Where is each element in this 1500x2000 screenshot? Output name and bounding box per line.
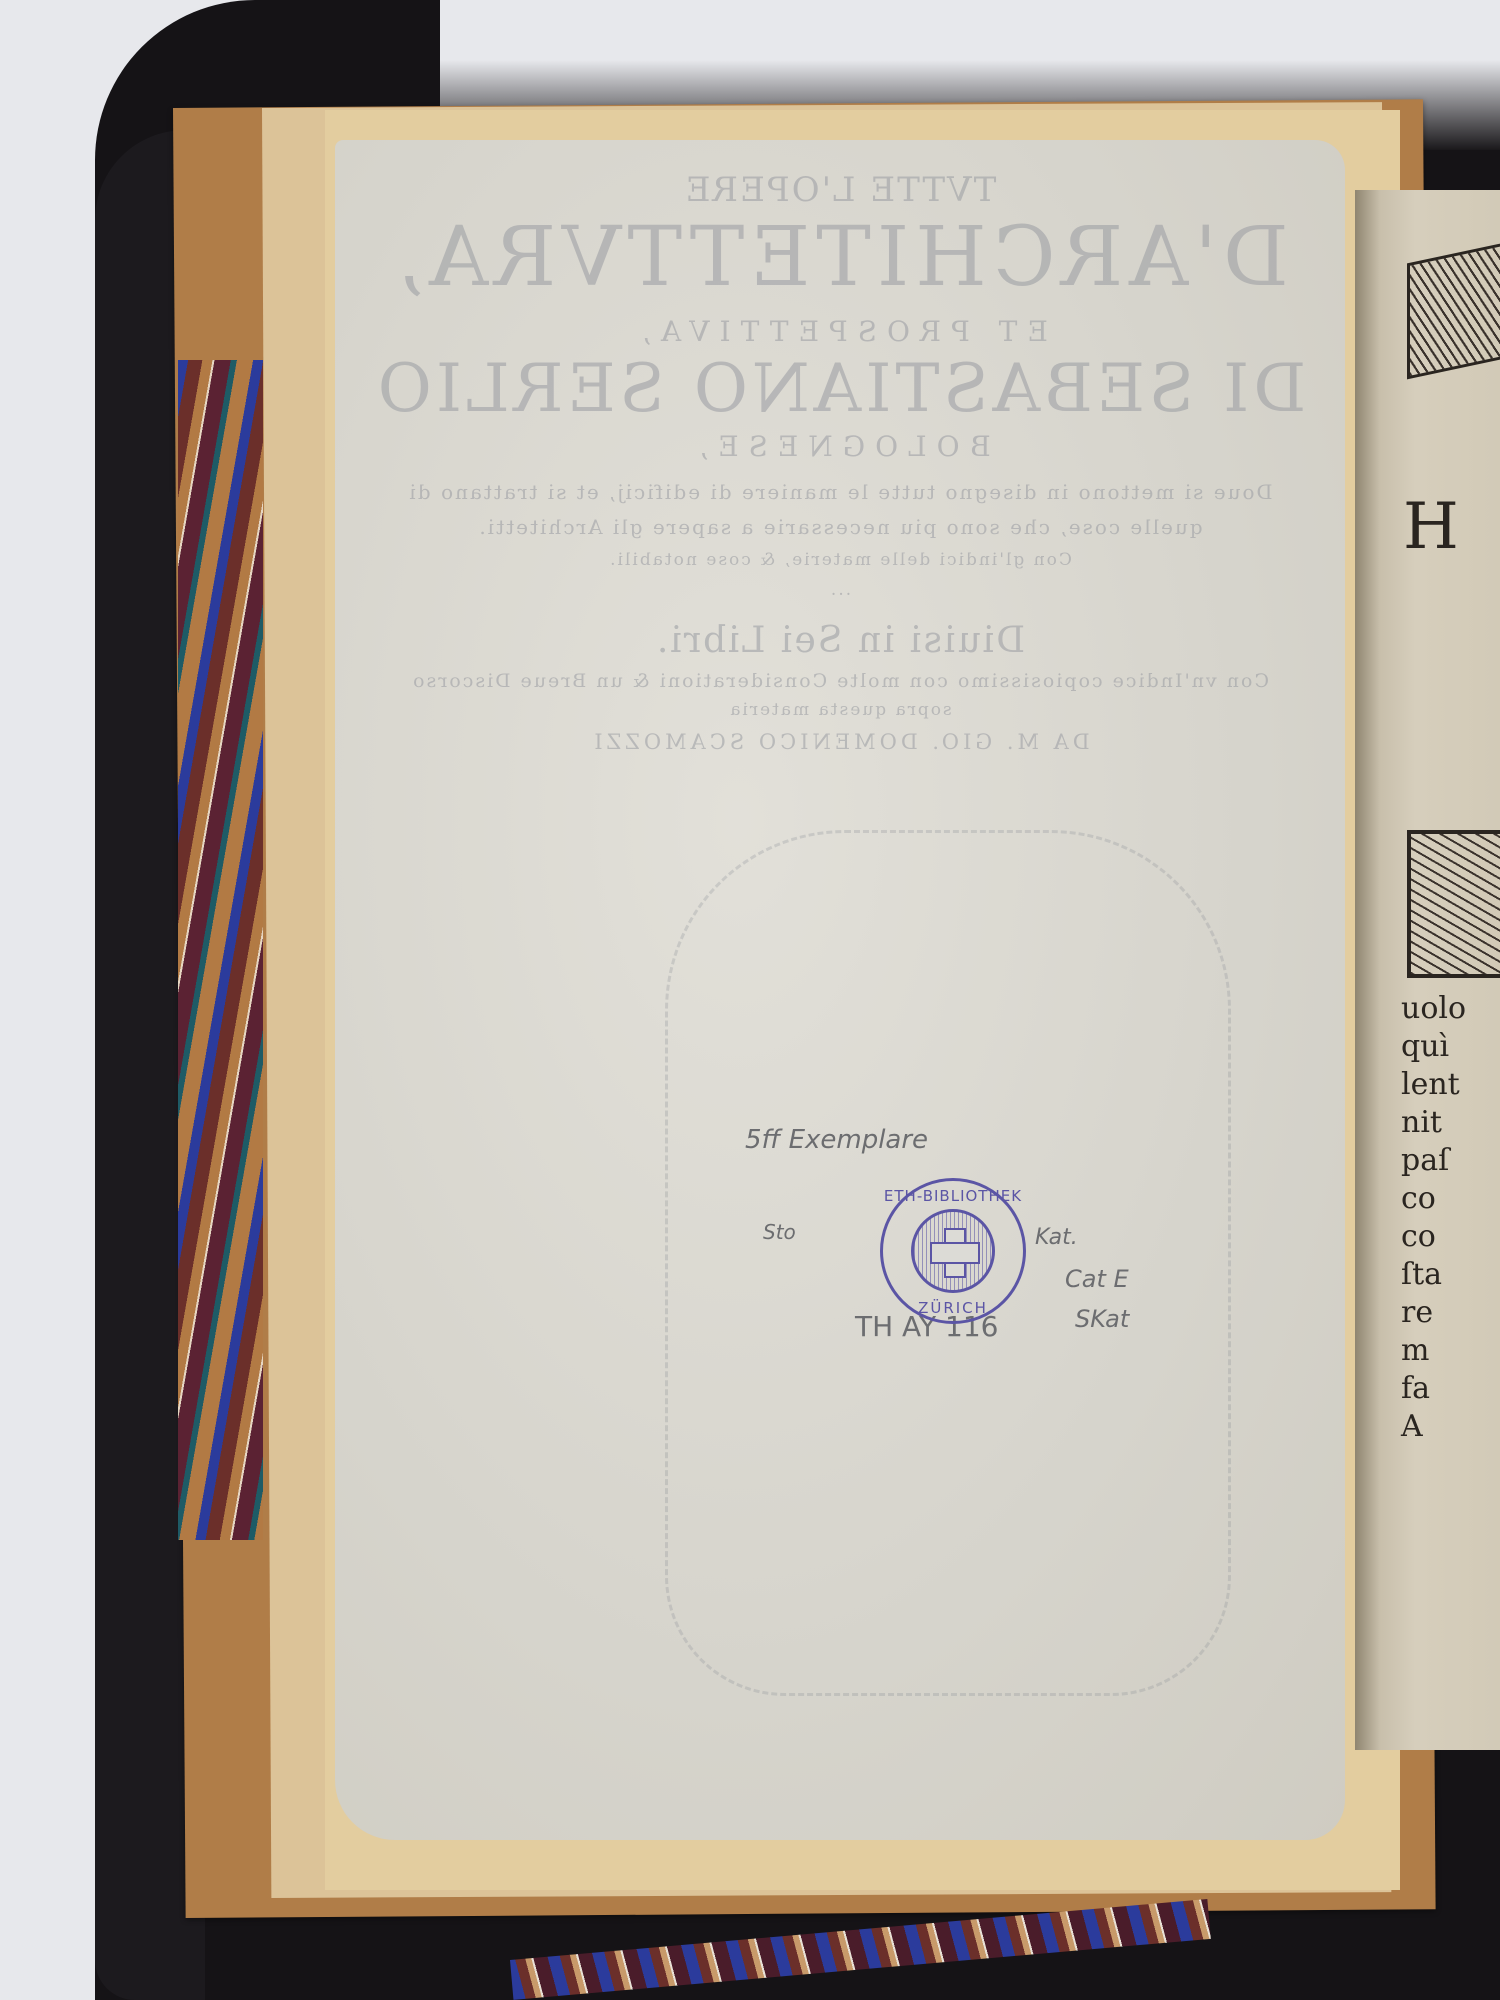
facing-page-recto: H uolo quì lent nit paſ co co ſta re m f… (1355, 190, 1500, 1750)
handwritten-note-left: Sto (763, 1220, 796, 1244)
handwritten-note-top: 5ff Exemplare (745, 1125, 928, 1155)
bleed-title-line: TVTTE L'OPERE (335, 170, 1345, 210)
text-line: fa (1401, 1370, 1466, 1408)
marbled-paper-strip (178, 360, 263, 1540)
decorated-initial-icon (1407, 830, 1500, 978)
bleed-title-line: ET PROSPETTIVA, (335, 315, 1345, 348)
stamp-top-text: ETH-BIBLIOTHEK (883, 1187, 1023, 1205)
swiss-cross-icon (911, 1209, 995, 1293)
text-line: ſta (1401, 1256, 1466, 1294)
bleed-title-line: BOLOGNESE, (335, 430, 1345, 463)
bleed-title-line: quelle cose, che sono piu necessarie a s… (335, 515, 1345, 539)
bleed-mid-line: Diuisi in Sei Libri. (335, 620, 1345, 661)
text-line: lent (1401, 1066, 1466, 1104)
bleed-title-line: D'ARCHITETTVRA, (335, 210, 1345, 305)
bleed-title-line: DI SEBASTIANO SERLIO (335, 350, 1345, 427)
bleed-mid-line: DA M. GIO. DOMENICO SCAMOZZI (335, 730, 1345, 754)
text-line: paſ (1401, 1142, 1466, 1180)
text-line: co (1401, 1180, 1466, 1218)
text-line: co (1401, 1218, 1466, 1256)
woodcut-headpiece-icon (1407, 237, 1500, 380)
text-line: re (1401, 1294, 1466, 1332)
title-page-verso: TVTTE L'OPERE D'ARCHITETTVRA, ET PROSPET… (335, 140, 1345, 1840)
handwritten-note-cat-e: Cat E (1065, 1265, 1129, 1293)
text-line: uolo (1401, 990, 1466, 1028)
bleed-title-line: ... (335, 580, 1345, 600)
body-text-fragments: uolo quì lent nit paſ co co ſta re m fa … (1401, 990, 1466, 1446)
bleed-title-line: Doue si mettono in disegno tutte le mani… (335, 480, 1345, 504)
text-line: m (1401, 1332, 1466, 1370)
text-line: quì (1401, 1028, 1466, 1066)
text-line: A (1401, 1408, 1466, 1446)
bleed-mid-line: Con vn'Indice copiosissimo con molte Con… (335, 670, 1345, 692)
heading-initial: H (1403, 490, 1459, 564)
handwritten-note-kat: Kat. (1035, 1225, 1078, 1250)
handwritten-note-skat: SKat (1075, 1305, 1129, 1333)
stamp-bottom-text: ZÜRICH (883, 1299, 1023, 1317)
eth-library-stamp: ETH-BIBLIOTHEK ZÜRICH (880, 1178, 1026, 1324)
text-line: nit (1401, 1104, 1466, 1142)
bleed-mid-line: sopra questa materia (335, 700, 1345, 720)
bleed-title-line: Con gl'indici delle materie, & cose nota… (335, 550, 1345, 570)
